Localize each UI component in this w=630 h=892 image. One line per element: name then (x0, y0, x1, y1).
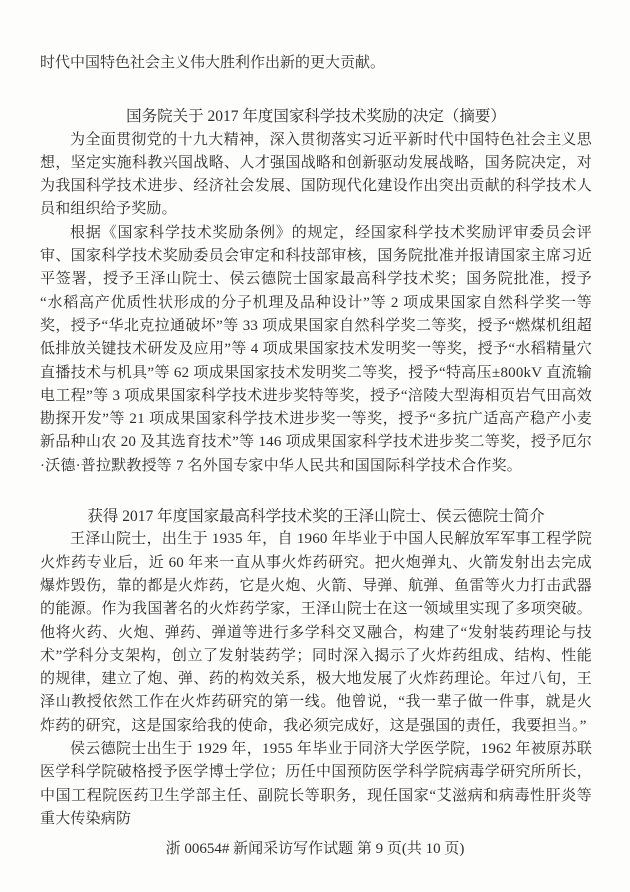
profile-paragraph-wang-zeshan: 王泽山院士，出生于 1935 年，自 1960 年毕业于中国人民解放军军事工程学… (40, 528, 592, 738)
decision-paragraph-1: 为全面贯彻党的十九大精神，深入贯彻落实习近平新时代中国特色社会主义思想，坚定实施… (40, 129, 592, 222)
decision-paragraph-2: 根据《国家科学技术奖励条例》的规定，经国家科学技术奖励评审委员会评审、国家科学技… (40, 222, 592, 478)
intro-continuation-line: 时代中国特色社会主义伟大胜利作出新的更大贡献。 (40, 52, 592, 75)
profile-title: 获得 2017 年度国家最高科学技术奖的王泽山院士、侯云德院士简介 (40, 505, 592, 528)
page-footer: 浙 00654# 新闻采访写作试题 第 9 页(共 10 页) (0, 838, 630, 861)
document-page: 时代中国特色社会主义伟大胜利作出新的更大贡献。 国务院关于 2017 年度国家科… (0, 0, 630, 892)
profile-paragraph-hou-yunde: 侯云德院士出生于 1929 年，1955 年毕业于同济大学医学院，1962 年被… (40, 738, 592, 831)
decision-title: 国务院关于 2017 年度国家科学技术奖励的决定（摘要） (40, 105, 592, 128)
